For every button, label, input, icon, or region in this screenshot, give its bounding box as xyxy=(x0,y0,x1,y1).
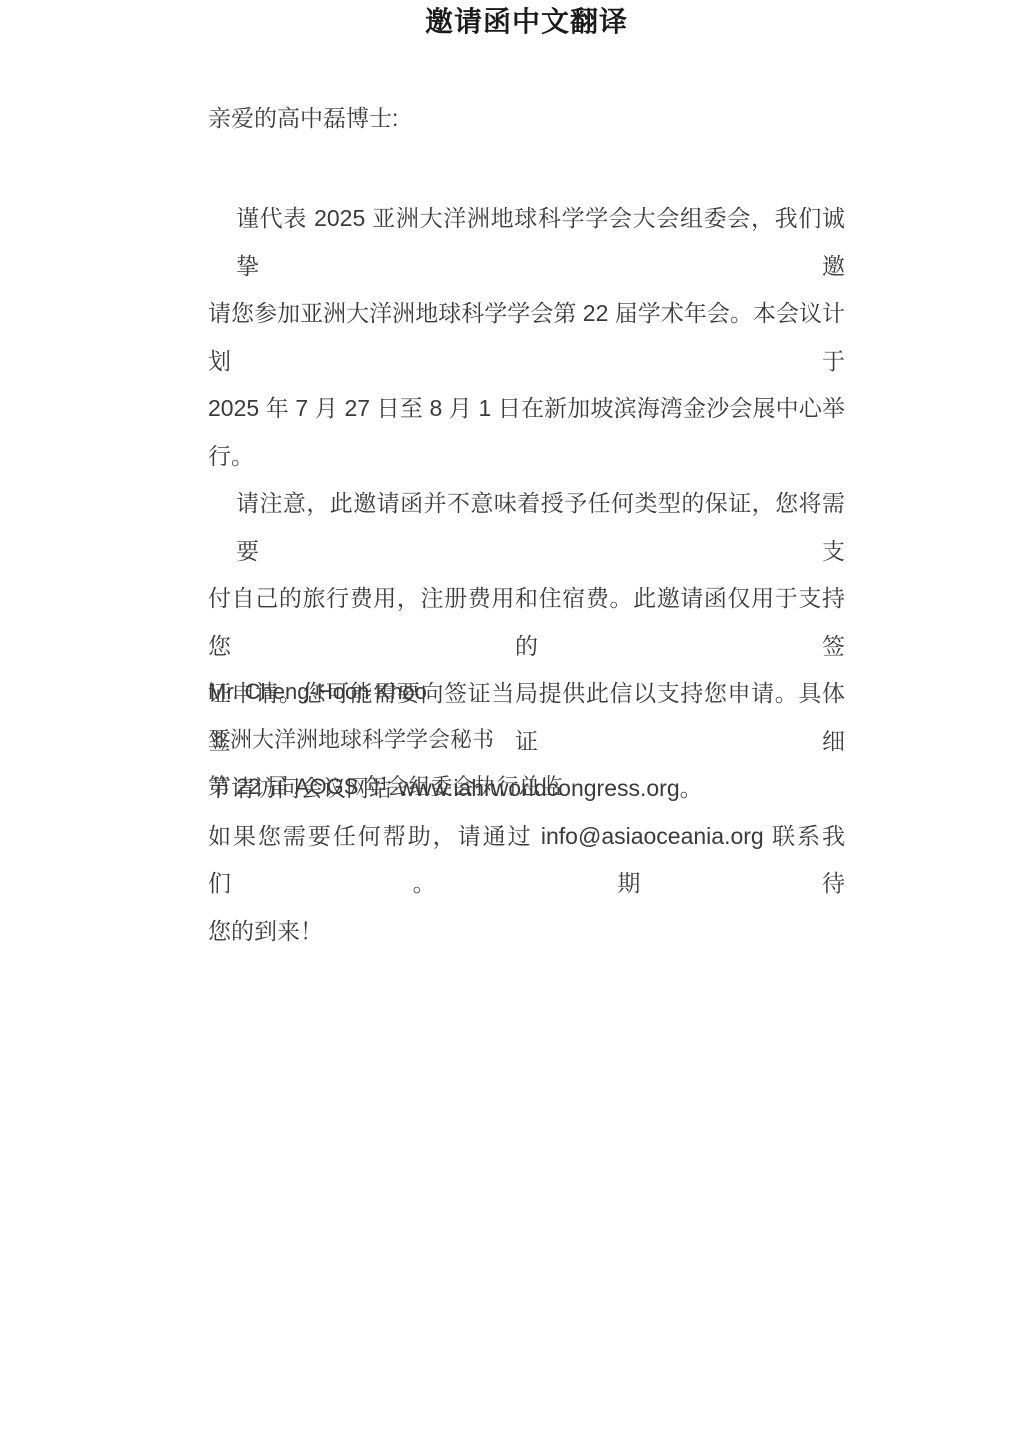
paragraph-line: 您的到来！ xyxy=(208,908,845,956)
paragraph-line: 2025 年 7 月 27 日至 8 月 1 日在新加坡滨海湾金沙会展中心举行。 xyxy=(208,385,845,480)
paragraph-line: 请您参加亚洲大洋洲地球科学学会第 22 届学术年会。本会议计划于 xyxy=(208,290,845,385)
document-page: 邀请函中文翻译 亲爱的高中磊博士: 谨代表 2025 亚洲大洋洲地球科学学会大会… xyxy=(0,0,1024,1448)
paragraph-line: 付自己的旅行费用，注册费用和住宿费。此邀请函仅用于支持您的签 xyxy=(208,575,845,670)
signature-name: Mr. Cheng-Hoon Khoo xyxy=(208,668,845,716)
signature-title: 第 22 届 AOGS 年会组委会执行总监 xyxy=(208,763,845,811)
paragraph-line: 请注意，此邀请函并不意味着授予任何类型的保证，您将需要支 xyxy=(208,480,845,575)
letter-body: 谨代表 2025 亚洲大洋洲地球科学学会大会组委会，我们诚挚邀 请您参加亚洲大洋… xyxy=(208,195,845,955)
signature-title: 亚洲大洋洲地球科学学会秘书 xyxy=(208,716,845,764)
salutation: 亲爱的高中磊博士: xyxy=(208,95,845,143)
paragraph-line: 谨代表 2025 亚洲大洋洲地球科学学会大会组委会，我们诚挚邀 xyxy=(208,195,845,290)
paragraph-line: 如果您需要任何帮助，请通过 info@asiaoceania.org 联系我们。… xyxy=(208,813,845,908)
page-title: 邀请函中文翻译 xyxy=(208,2,845,42)
signature-block: Mr. Cheng-Hoon Khoo 亚洲大洋洲地球科学学会秘书 第 22 届… xyxy=(208,668,845,811)
